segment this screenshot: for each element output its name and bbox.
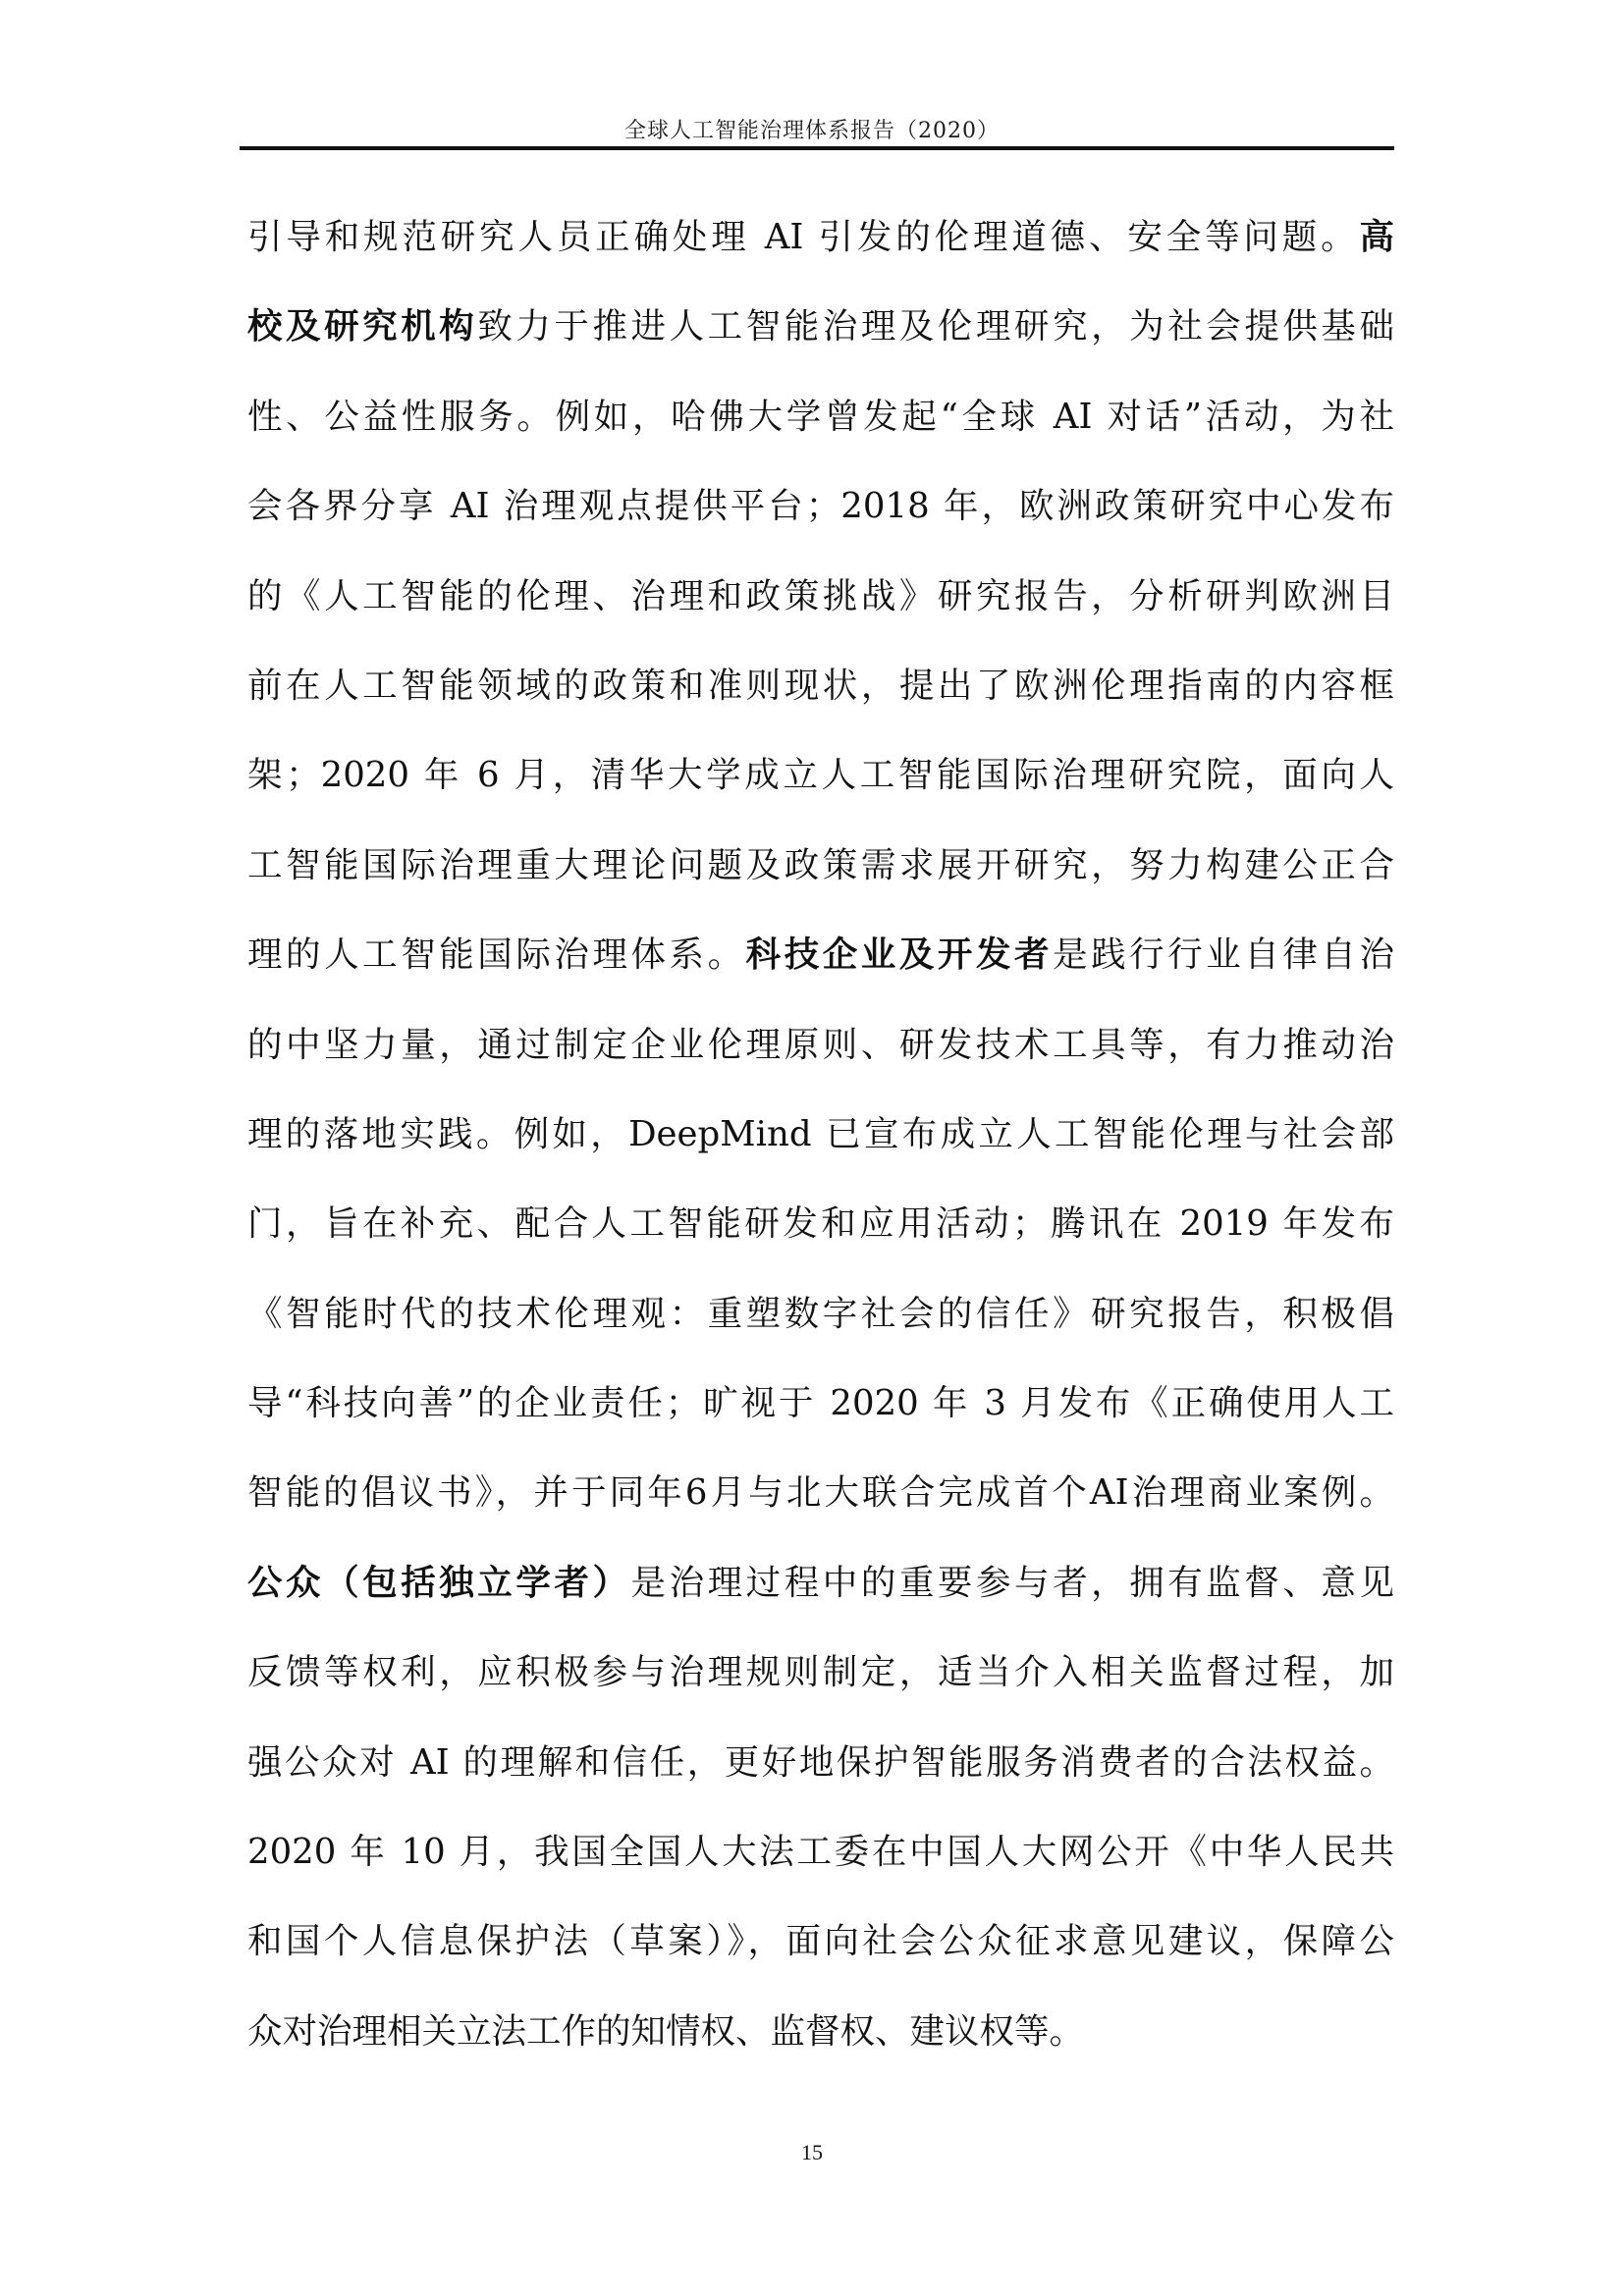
text-run: 致力于推进人工智能治理及伦理研究，为社会提供基础 [477,306,1394,347]
text-run: 2020 年 10 月，我国全国人大法工委在中国人大网公开《中华人民共 [247,1832,1394,1872]
text-line: 和国个人信息保护法（草案）》，面向社会公众征求意见建议，保障公 [247,1912,1394,2002]
text-run: 工智能国际治理重大理论问题及政策需求展开研究，努力构建公正合 [247,845,1394,885]
text-line: 引导和规范研究人员正确处理 AI 引发的伦理道德、安全等问题。高 [247,208,1394,297]
text-line: 门，旨在补充、配合人工智能研发和应用活动；腾讯在 2019 年发布 [247,1195,1394,1284]
text-line: 《智能时代的技术伦理观：重塑数字社会的信任》研究报告，积极倡 [247,1285,1394,1374]
text-run: 是治理过程中的重要参与者，拥有监督、意见 [631,1563,1394,1603]
text-run: 门，旨在补充、配合人工智能研发和应用活动；腾讯在 2019 年发布 [247,1203,1394,1244]
text-run: 架；2020 年 6 月，清华大学成立人工智能国际治理研究院，面向人 [247,755,1394,795]
text-run: 和国个人信息保护法（草案）》，面向社会公众征求意见建议，保障公 [247,1921,1394,1961]
text-run: 强公众对 AI 的理解和信任，更好地保护智能服务消费者的合法权益。 [247,1742,1394,1783]
text-line: 校及研究机构致力于推进人工智能治理及伦理研究，为社会提供基础 [247,297,1394,387]
text-line: 理的人工智能国际治理体系。科技企业及开发者是践行行业自律自治 [247,926,1394,1015]
text-line: 理的落地实践。例如，DeepMind 已宣布成立人工智能伦理与社会部 [247,1105,1394,1195]
text-run: 反馈等权利，应积极参与治理规则制定，适当介入相关监督过程，加 [247,1652,1394,1692]
text-run: 《智能时代的技术伦理观：重塑数字社会的信任》研究报告，积极倡 [247,1294,1394,1334]
body-paragraph: 引导和规范研究人员正确处理 AI 引发的伦理道德、安全等问题。高校及研究机构致力… [247,208,1394,2092]
bold-term: 高 [1359,217,1394,257]
page-number: 15 [0,2140,1624,2165]
text-run: 前在人工智能领域的政策和准则现状，提出了欧洲伦理指南的内容框 [247,666,1394,706]
text-run: 的《人工智能的伦理、治理和政策挑战》研究报告，分析研判欧洲目 [247,576,1394,616]
text-line: 性、公益性服务。例如，哈佛大学曾发起“全球 AI 对话”活动，为社 [247,388,1394,477]
bold-term: 公众（包括独立学者） [247,1563,631,1603]
text-line: 众对治理相关立法工作的知情权、监督权、建议权等。 [247,2002,1394,2092]
text-run: 性、公益性服务。例如，哈佛大学曾发起“全球 AI 对话”活动，为社 [247,397,1394,437]
text-line: 前在人工智能领域的政策和准则现状，提出了欧洲伦理指南的内容框 [247,657,1394,746]
text-line: 智能的倡议书》，并于同年6月与北大联合完成首个AI治理商业案例。 [247,1464,1394,1553]
text-line: 会各界分享 AI 治理观点提供平台；2018 年，欧洲政策研究中心发布 [247,477,1394,566]
text-line: 公众（包括独立学者）是治理过程中的重要参与者，拥有监督、意见 [247,1554,1394,1643]
running-header-title: 全球人工智能治理体系报告（2020） [0,114,1624,144]
bold-term: 校及研究机构 [247,306,477,347]
text-line: 强公众对 AI 的理解和信任，更好地保护智能服务消费者的合法权益。 [247,1734,1394,1823]
text-line: 2020 年 10 月，我国全国人大法工委在中国人大网公开《中华人民共 [247,1823,1394,1912]
text-run: 的中坚力量，通过制定企业伦理原则、研发技术工具等，有力推动治 [247,1025,1394,1065]
header-rule [240,146,1394,150]
text-run: 众对治理相关立法工作的知情权、监督权、建议权等。 [247,2011,1084,2052]
text-line: 架；2020 年 6 月，清华大学成立人工智能国际治理研究院，面向人 [247,746,1394,835]
text-line: 的中坚力量，通过制定企业伦理原则、研发技术工具等，有力推动治 [247,1016,1394,1105]
text-run: 是践行行业自律自治 [1053,934,1394,975]
text-line: 导“科技向善”的企业责任；旷视于 2020 年 3 月发布《正确使用人工 [247,1374,1394,1464]
text-run: 理的落地实践。例如，DeepMind 已宣布成立人工智能伦理与社会部 [247,1114,1394,1154]
text-line: 工智能国际治理重大理论问题及政策需求展开研究，努力构建公正合 [247,836,1394,926]
text-run: 会各界分享 AI 治理观点提供平台；2018 年，欧洲政策研究中心发布 [247,486,1394,526]
text-line: 的《人工智能的伦理、治理和政策挑战》研究报告，分析研判欧洲目 [247,567,1394,657]
text-line: 反馈等权利，应积极参与治理规则制定，适当介入相关监督过程，加 [247,1643,1394,1733]
text-run: 引导和规范研究人员正确处理 AI 引发的伦理道德、安全等问题。 [247,217,1359,257]
text-run: 理的人工智能国际治理体系。 [247,934,746,975]
text-run: 智能的倡议书》，并于同年6月与北大联合完成首个AI治理商业案例。 [247,1472,1394,1513]
bold-term: 科技企业及开发者 [746,934,1053,975]
text-run: 导“科技向善”的企业责任；旷视于 2020 年 3 月发布《正确使用人工 [247,1383,1394,1423]
